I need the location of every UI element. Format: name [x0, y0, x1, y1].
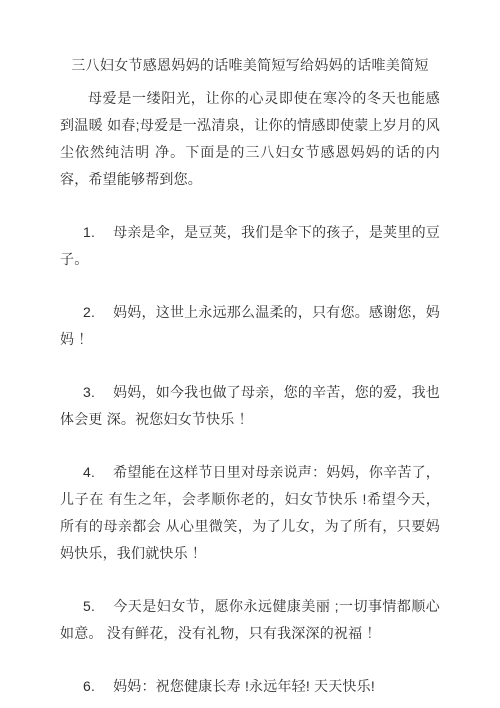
- list-item: 6.妈妈：祝您健康长寿 !永远年轻! 天天快乐!: [60, 673, 440, 700]
- item-text: 妈妈：祝您健康长寿 !永远年轻! 天天快乐!: [113, 678, 375, 694]
- list-item: 1.母亲是伞，是豆荚，我们是伞下的孩子，是荚里的豆子。: [60, 219, 440, 273]
- item-text: 今天是妇女节，愿你永远健康美丽 ;一切事情都顺心如意。 没有鲜花，没有礼物，只有…: [60, 598, 440, 641]
- intro-paragraph: 母爱是一缕阳光，让你的心灵即使在寒冷的冬天也能感到温暖 如春;母爱是一泓清泉，让…: [60, 85, 440, 193]
- item-text: 妈妈，这世上永远那么温柔的，只有您。感谢您，妈妈 ！: [60, 304, 440, 347]
- item-text: 母亲是伞，是豆荚，我们是伞下的孩子，是荚里的豆子。: [60, 224, 440, 267]
- item-text: 妈妈，如今我也做了母亲，您的辛苦，您的爱，我也体会更 深。祝您妇女节快乐 ！: [60, 384, 440, 427]
- page-title: 三八妇女节感恩妈妈的话唯美简短写给妈妈的话唯美简短: [60, 52, 440, 78]
- list-item: 2.妈妈，这世上永远那么温柔的，只有您。感谢您，妈妈 ！: [60, 299, 440, 353]
- document-page: 三八妇女节感恩妈妈的话唯美简短写给妈妈的话唯美简短 母爱是一缕阳光，让你的心灵即…: [0, 0, 500, 708]
- list-item: 3.妈妈，如今我也做了母亲，您的辛苦，您的爱，我也体会更 深。祝您妇女节快乐 ！: [60, 379, 440, 433]
- item-number: 5.: [83, 598, 113, 614]
- item-text: 希望能在这样节日里对母亲说声：妈妈，你辛苦了，儿子在 有生之年，会孝顺你老的，妇…: [60, 464, 440, 561]
- list-item: 4.希望能在这样节日里对母亲说声：妈妈，你辛苦了，儿子在 有生之年，会孝顺你老的…: [60, 459, 440, 567]
- item-number: 6.: [83, 678, 113, 694]
- item-number: 2.: [83, 304, 113, 320]
- document-content: 三八妇女节感恩妈妈的话唯美简短写给妈妈的话唯美简短 母爱是一缕阳光，让你的心灵即…: [0, 0, 500, 700]
- item-number: 3.: [83, 384, 113, 400]
- item-number: 4.: [83, 464, 113, 480]
- list-item: 5.今天是妇女节，愿你永远健康美丽 ;一切事情都顺心如意。 没有鲜花，没有礼物，…: [60, 593, 440, 647]
- item-number: 1.: [83, 224, 113, 240]
